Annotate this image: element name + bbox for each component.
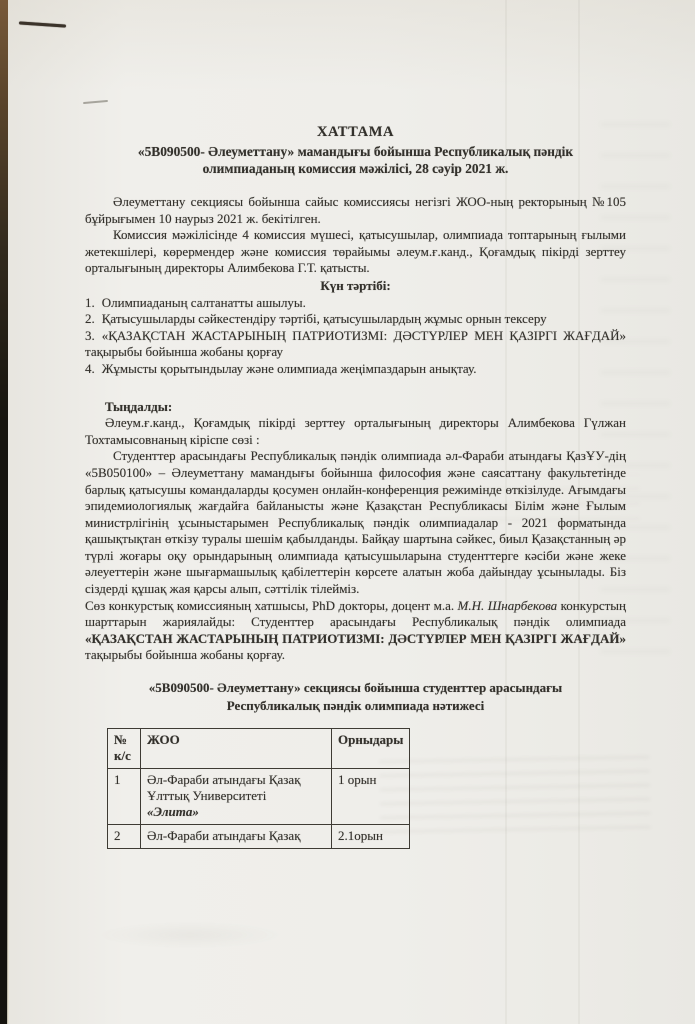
agenda-item-number: 4. <box>85 361 102 376</box>
agenda-item-number: 2. <box>85 311 102 326</box>
agenda-item-text: Олимпиаданың салтанатты ашылуы. <box>102 295 306 310</box>
cell-university: Әл-Фараби атындағы Қазақ Ұлттық Универси… <box>141 769 332 825</box>
agenda-item-number: 1. <box>85 295 102 310</box>
document-title: ХАТТАМА <box>85 124 626 141</box>
heard-heading: Тыңдалды: <box>85 399 626 416</box>
secretary-paragraph: Сөз конкурстық комиссияның хатшысы, PhD … <box>85 598 626 664</box>
pencil-mark <box>83 100 108 104</box>
secretary-name: М.Н. Шнарбекова <box>458 598 558 613</box>
cell-place: 2.1орын <box>332 825 410 849</box>
cell-number: 2 <box>108 825 141 849</box>
paper-edge-highlight <box>7 600 9 1024</box>
cell-place: 1 орын <box>332 769 410 825</box>
table-row: 1 Әл-Фараби атындағы Қазақ Ұлттық Универ… <box>108 769 410 825</box>
intro-paragraph-2: Комиссия мәжілісінде 4 комиссия мүшесі, … <box>85 227 626 277</box>
agenda-list: 1.Олимпиаданың салтанатты ашылуы. 2.Қаты… <box>85 295 626 378</box>
intro-paragraph-1: Әлеуметтану секциясы бойынша сайыс комис… <box>85 194 626 227</box>
header-cell-place: Орныдары <box>332 729 410 769</box>
cell-number: 1 <box>108 769 141 825</box>
olympiad-topic: «ҚАЗАҚСТАН ЖАСТАРЫНЫҢ ПАТРИОТИЗМІ: ДӘСТҮ… <box>85 631 626 646</box>
document-subtitle-line-1: «5В090500- Әлеуметтану» мамандығы бойынш… <box>85 143 626 160</box>
document-subtitle: «5В090500- Әлеуметтану» мамандығы бойынш… <box>85 143 626 177</box>
agenda-item: 3.«ҚАЗАҚСТАН ЖАСТАРЫНЫҢ ПАТРИОТИЗМІ: ДӘС… <box>85 328 626 361</box>
header-cell-university: ЖОО <box>141 729 332 769</box>
secretary-text-post: тақырыбы бойынша жобаны қорғау. <box>85 647 285 662</box>
results-heading-line-1: «5В090500- Әлеуметтану» секциясы бойынша… <box>85 679 626 697</box>
agenda-item-text: Жұмысты қорытындылау және олимпиада жеңі… <box>102 361 477 376</box>
scanned-document-page: ХАТТАМА «5В090500- Әлеуметтану» мамандығ… <box>0 0 695 1024</box>
agenda-item-text: «ҚАЗАҚСТАН ЖАСТАРЫНЫҢ ПАТРИОТИЗМІ: ДӘСТҮ… <box>85 328 626 360</box>
speech-paragraph: Студенттер арасындағы Республикалық пәнд… <box>85 448 626 597</box>
header-cell-number: № к/с <box>108 729 141 769</box>
bleed-through-smudge <box>95 922 285 948</box>
speaker-intro-paragraph: Әлеум.ғ.канд., Қоғамдық пікірді зерттеу … <box>85 415 626 448</box>
university-name: Әл-Фараби атындағы Қазақ <box>147 828 325 844</box>
results-heading-line-2: Республикалық пәндік олимпиада нәтижесі <box>85 697 626 715</box>
agenda-heading: Күн тәртібі: <box>85 278 626 295</box>
agenda-item-number: 3. <box>85 328 102 343</box>
document-subtitle-line-2: олимпиаданың комиссия мәжілісі, 28 сәуір… <box>85 160 626 177</box>
secretary-text-pre: Сөз конкурстық комиссияның хатшысы, PhD … <box>85 598 458 613</box>
pen-mark <box>19 21 66 27</box>
agenda-item: 1.Олимпиаданың салтанатты ашылуы. <box>85 295 626 312</box>
results-table-header-row: № к/с ЖОО Орныдары <box>108 729 410 769</box>
results-heading: «5В090500- Әлеуметтану» секциясы бойынша… <box>85 679 626 714</box>
table-row: 2 Әл-Фараби атындағы Қазақ 2.1орын <box>108 825 410 849</box>
agenda-item: 4.Жұмысты қорытындылау және олимпиада же… <box>85 361 626 378</box>
results-table: № к/с ЖОО Орныдары 1 Әл-Фараби атындағы … <box>107 728 410 849</box>
agenda-item-text: Қатысушыларды сәйкестендіру тәртібі, қат… <box>102 311 547 326</box>
agenda-item: 2.Қатысушыларды сәйкестендіру тәртібі, қ… <box>85 311 626 328</box>
team-name: «Элита» <box>147 804 325 820</box>
university-name: Әл-Фараби атындағы Қазақ Ұлттық Универси… <box>147 772 325 804</box>
document-content: ХАТТАМА «5В090500- Әлеуметтану» мамандығ… <box>85 124 626 849</box>
cell-university: Әл-Фараби атындағы Қазақ <box>141 825 332 849</box>
